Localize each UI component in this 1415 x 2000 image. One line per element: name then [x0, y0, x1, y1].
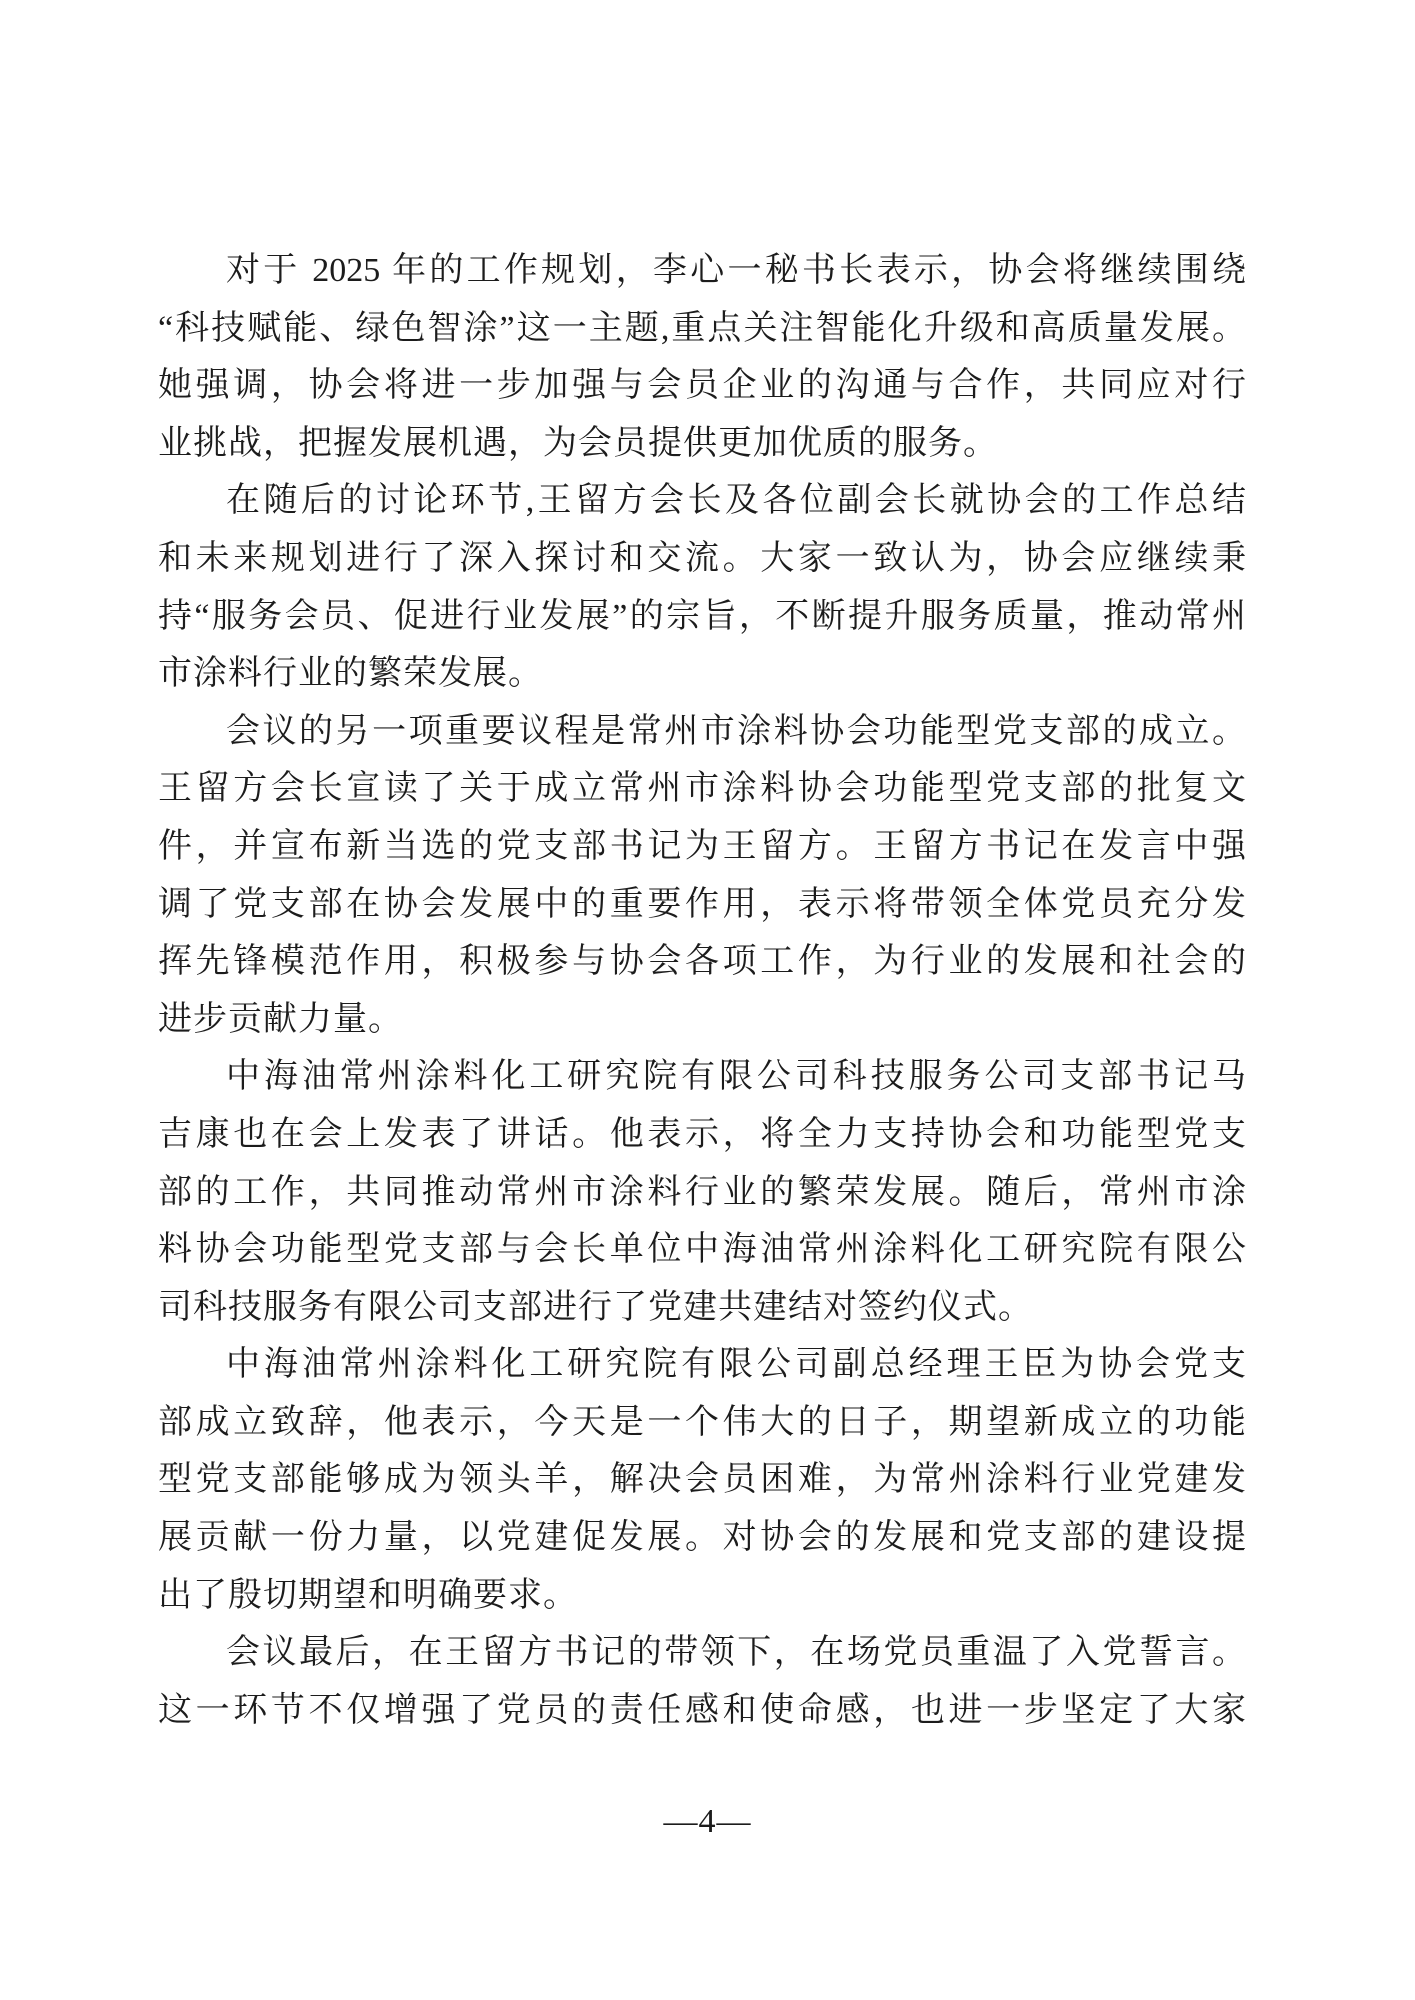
text-line: 对于 2025 年的工作规划，李心一秘书长表示，协会将继续围绕: [158, 242, 1246, 300]
text-line: 中海油常州涂料化工研究院有限公司副总经理王臣为协会党支: [158, 1336, 1246, 1394]
text-line: 会议最后，在王留方书记的带领下，在场党员重温了入党誓言。: [158, 1624, 1246, 1682]
text-line: 展贡献一份力量，以党建促发展。对协会的发展和党支部的建设提: [158, 1509, 1246, 1567]
text-line: 业挑战，把握发展机遇，为会员提供更加优质的服务。: [158, 415, 1246, 473]
text-line: 中海油常州涂料化工研究院有限公司科技服务公司支部书记马: [158, 1048, 1246, 1106]
text-line: 持“服务会员、促进行业发展”的宗旨，不断提升服务质量，推动常州: [158, 588, 1246, 646]
text-line: 会议的另一项重要议程是常州市涂料协会功能型党支部的成立。: [158, 703, 1246, 761]
text-line: 市涂料行业的繁荣发展。: [158, 645, 1246, 703]
text-line: 这一环节不仅增强了党员的责任感和使命感，也进一步坚定了大家: [158, 1682, 1246, 1740]
text-line: 件，并宣布新当选的党支部书记为王留方。王留方书记在发言中强: [158, 818, 1246, 876]
text-line: 部成立致辞，他表示，今天是一个伟大的日子，期望新成立的功能: [158, 1394, 1246, 1452]
text-line: 进步贡献力量。: [158, 991, 1246, 1049]
text-line: 挥先锋模范作用，积极参与协会各项工作，为行业的发展和社会的: [158, 933, 1246, 991]
text-line: 她强调，协会将进一步加强与会员企业的沟通与合作，共同应对行: [158, 357, 1246, 415]
text-line: 司科技服务有限公司支部进行了党建共建结对签约仪式。: [158, 1279, 1246, 1337]
text-line: 在随后的讨论环节,王留方会长及各位副会长就协会的工作总结: [158, 472, 1246, 530]
text-line: 型党支部能够成为领头羊，解决会员困难，为常州涂料行业党建发: [158, 1451, 1246, 1509]
text-line: 王留方会长宣读了关于成立常州市涂料协会功能型党支部的批复文: [158, 760, 1246, 818]
text-line: 和未来规划进行了深入探讨和交流。大家一致认为，协会应继续秉: [158, 530, 1246, 588]
document-body: 对于 2025 年的工作规划，李心一秘书长表示，协会将继续围绕“科技赋能、绿色智…: [158, 242, 1246, 1739]
page-number: —4—: [0, 1800, 1415, 1844]
text-line: 部的工作，共同推动常州市涂料行业的繁荣发展。随后，常州市涂: [158, 1164, 1246, 1222]
text-line: “科技赋能、绿色智涂”这一主题,重点关注智能化升级和高质量发展。: [158, 300, 1246, 358]
text-line: 吉康也在会上发表了讲话。他表示，将全力支持协会和功能型党支: [158, 1106, 1246, 1164]
text-line: 调了党支部在协会发展中的重要作用，表示将带领全体党员充分发: [158, 876, 1246, 934]
text-line: 出了殷切期望和明确要求。: [158, 1567, 1246, 1625]
document-page: 对于 2025 年的工作规划，李心一秘书长表示，协会将继续围绕“科技赋能、绿色智…: [0, 0, 1415, 2000]
text-line: 料协会功能型党支部与会长单位中海油常州涂料化工研究院有限公: [158, 1221, 1246, 1279]
